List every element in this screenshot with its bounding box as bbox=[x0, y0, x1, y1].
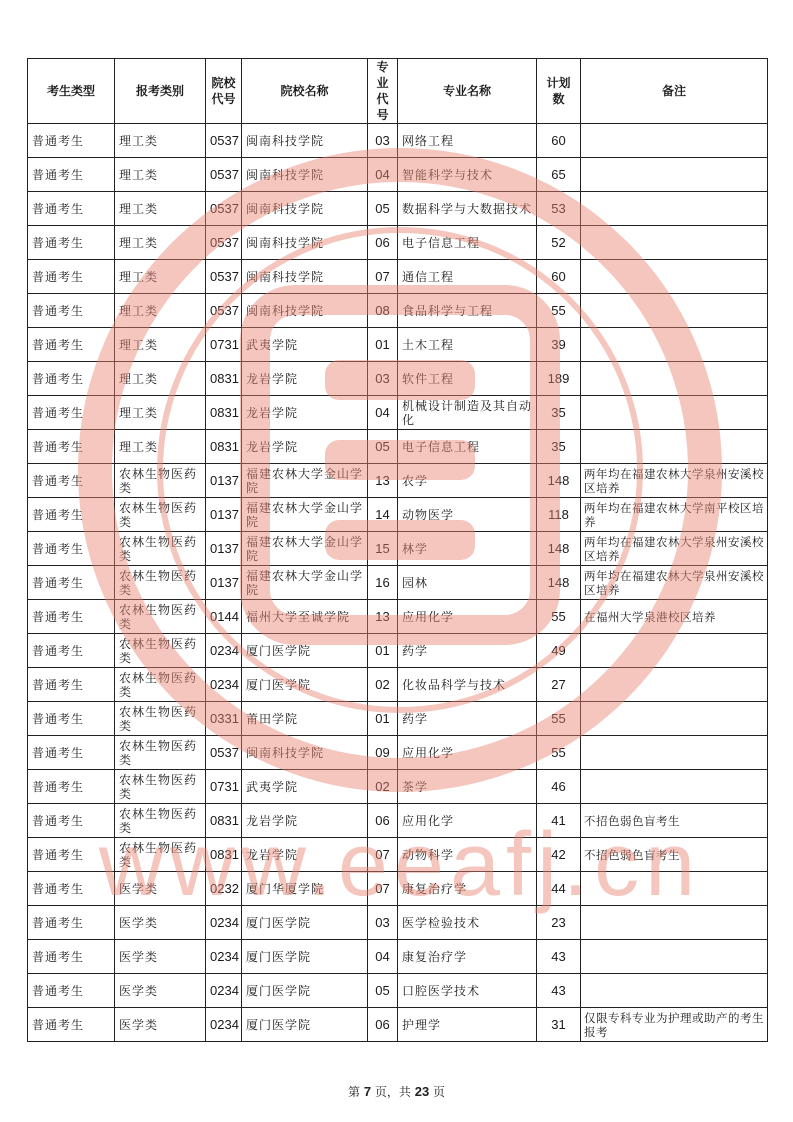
school-code-cell: 0537 bbox=[206, 192, 242, 226]
table-row: 普通考生农林生物医药类0831龙岩学院06应用化学41不招色弱色盲考生 bbox=[28, 804, 768, 838]
footer-middle: 页，共 bbox=[375, 1085, 411, 1099]
school-name-cell: 闽南科技学院 bbox=[242, 158, 368, 192]
candidate-type-cell: 普通考生 bbox=[28, 532, 115, 566]
application-category-cell: 农林生物医药类 bbox=[115, 464, 206, 498]
school-name-cell: 福建农林大学金山学院 bbox=[242, 464, 368, 498]
major-name-cell: 软件工程 bbox=[398, 362, 537, 396]
plan-count-cell: 65 bbox=[537, 158, 581, 192]
major-name-cell: 应用化学 bbox=[398, 736, 537, 770]
plan-count-cell: 44 bbox=[537, 872, 581, 906]
major-name-cell: 药学 bbox=[398, 634, 537, 668]
school-name-cell: 闽南科技学院 bbox=[242, 294, 368, 328]
application-category-cell: 理工类 bbox=[115, 396, 206, 430]
table-row: 普通考生理工类0537闽南科技学院05数据科学与大数据技术53 bbox=[28, 192, 768, 226]
table-row: 普通考生理工类0831龙岩学院03软件工程189 bbox=[28, 362, 768, 396]
remarks-cell bbox=[581, 872, 768, 906]
remarks-cell bbox=[581, 294, 768, 328]
school-code-cell: 0731 bbox=[206, 770, 242, 804]
remarks-cell bbox=[581, 634, 768, 668]
plan-count-cell: 49 bbox=[537, 634, 581, 668]
candidate-type-cell: 普通考生 bbox=[28, 940, 115, 974]
application-category-cell: 理工类 bbox=[115, 226, 206, 260]
major-name-cell: 农学 bbox=[398, 464, 537, 498]
candidate-type-cell: 普通考生 bbox=[28, 498, 115, 532]
plan-count-cell: 43 bbox=[537, 940, 581, 974]
plan-count-cell: 46 bbox=[537, 770, 581, 804]
footer-prefix: 第 bbox=[348, 1085, 360, 1099]
table-row: 普通考生农林生物医药类0731武夷学院02茶学46 bbox=[28, 770, 768, 804]
school-name-cell: 莆田学院 bbox=[242, 702, 368, 736]
school-code-cell: 0234 bbox=[206, 1008, 242, 1042]
application-category-cell: 农林生物医药类 bbox=[115, 702, 206, 736]
application-category-cell: 农林生物医药类 bbox=[115, 498, 206, 532]
major-code-cell: 01 bbox=[368, 328, 398, 362]
remarks-cell bbox=[581, 124, 768, 158]
table-row: 普通考生理工类0537闽南科技学院07通信工程60 bbox=[28, 260, 768, 294]
major-name-cell: 动物科学 bbox=[398, 838, 537, 872]
major-name-cell: 园林 bbox=[398, 566, 537, 600]
candidate-type-cell: 普通考生 bbox=[28, 736, 115, 770]
remarks-cell bbox=[581, 940, 768, 974]
table-header-row: 考生类型报考类别院校代号院校名称专业代号专业名称计划数备注 bbox=[28, 59, 768, 124]
candidate-type-cell: 普通考生 bbox=[28, 328, 115, 362]
remarks-cell: 不招色弱色盲考生 bbox=[581, 804, 768, 838]
application-category-cell: 农林生物医药类 bbox=[115, 838, 206, 872]
plan-count-cell: 60 bbox=[537, 124, 581, 158]
table-row: 普通考生理工类0537闽南科技学院04智能科学与技术65 bbox=[28, 158, 768, 192]
school-code-cell: 0234 bbox=[206, 940, 242, 974]
major-code-cell: 05 bbox=[368, 430, 398, 464]
table-row: 普通考生农林生物医药类0137福建农林大学金山学院13农学148两年均在福建农林… bbox=[28, 464, 768, 498]
candidate-type-cell: 普通考生 bbox=[28, 1008, 115, 1042]
school-name-cell: 龙岩学院 bbox=[242, 804, 368, 838]
col-application-category-header: 报考类别 bbox=[115, 59, 206, 124]
table-row: 普通考生理工类0537闽南科技学院03网络工程60 bbox=[28, 124, 768, 158]
major-name-cell: 食品科学与工程 bbox=[398, 294, 537, 328]
school-code-cell: 0137 bbox=[206, 566, 242, 600]
candidate-type-cell: 普通考生 bbox=[28, 804, 115, 838]
candidate-type-cell: 普通考生 bbox=[28, 906, 115, 940]
application-category-cell: 理工类 bbox=[115, 430, 206, 464]
major-name-cell: 林学 bbox=[398, 532, 537, 566]
major-code-cell: 07 bbox=[368, 872, 398, 906]
candidate-type-cell: 普通考生 bbox=[28, 158, 115, 192]
table-body: 普通考生理工类0537闽南科技学院03网络工程60普通考生理工类0537闽南科技… bbox=[28, 124, 768, 1042]
application-category-cell: 医学类 bbox=[115, 872, 206, 906]
major-code-cell: 03 bbox=[368, 362, 398, 396]
table-row: 普通考生医学类0234厦门医学院04康复治疗学43 bbox=[28, 940, 768, 974]
major-code-cell: 15 bbox=[368, 532, 398, 566]
col-school-code-header: 院校代号 bbox=[206, 59, 242, 124]
school-code-cell: 0537 bbox=[206, 124, 242, 158]
application-category-cell: 农林生物医药类 bbox=[115, 600, 206, 634]
major-code-cell: 07 bbox=[368, 260, 398, 294]
major-code-cell: 06 bbox=[368, 226, 398, 260]
remarks-cell bbox=[581, 736, 768, 770]
table-row: 普通考生农林生物医药类0137福建农林大学金山学院16园林148两年均在福建农林… bbox=[28, 566, 768, 600]
major-code-cell: 04 bbox=[368, 158, 398, 192]
remarks-cell bbox=[581, 974, 768, 1008]
application-category-cell: 农林生物医药类 bbox=[115, 532, 206, 566]
major-code-cell: 06 bbox=[368, 804, 398, 838]
enrollment-plan-sheet: 考生类型报考类别院校代号院校名称专业代号专业名称计划数备注 普通考生理工类053… bbox=[27, 58, 767, 1042]
major-code-cell: 02 bbox=[368, 770, 398, 804]
major-name-cell: 药学 bbox=[398, 702, 537, 736]
application-category-cell: 农林生物医药类 bbox=[115, 736, 206, 770]
table-row: 普通考生农林生物医药类0331莆田学院01药学55 bbox=[28, 702, 768, 736]
table-row: 普通考生医学类0234厦门医学院03医学检验技术23 bbox=[28, 906, 768, 940]
major-name-cell: 康复治疗学 bbox=[398, 940, 537, 974]
major-name-cell: 应用化学 bbox=[398, 804, 537, 838]
plan-count-cell: 35 bbox=[537, 430, 581, 464]
application-category-cell: 农林生物医药类 bbox=[115, 634, 206, 668]
table-row: 普通考生农林生物医药类0144福州大学至诚学院13应用化学55在福州大学泉港校区… bbox=[28, 600, 768, 634]
plan-count-cell: 52 bbox=[537, 226, 581, 260]
remarks-cell: 仅限专科专业为护理或助产的考生报考 bbox=[581, 1008, 768, 1042]
major-code-cell: 16 bbox=[368, 566, 398, 600]
application-category-cell: 医学类 bbox=[115, 906, 206, 940]
col-major-name-header: 专业名称 bbox=[398, 59, 537, 124]
school-code-cell: 0137 bbox=[206, 464, 242, 498]
major-name-cell: 动物医学 bbox=[398, 498, 537, 532]
remarks-cell: 两年均在福建农林大学泉州安溪校区培养 bbox=[581, 532, 768, 566]
major-code-cell: 05 bbox=[368, 974, 398, 1008]
table-row: 普通考生理工类0831龙岩学院05电子信息工程35 bbox=[28, 430, 768, 464]
plan-count-cell: 42 bbox=[537, 838, 581, 872]
page-footer: 第 7 页，共 23 页 bbox=[0, 1083, 793, 1100]
total-page-count: 23 bbox=[415, 1084, 429, 1099]
candidate-type-cell: 普通考生 bbox=[28, 226, 115, 260]
remarks-cell bbox=[581, 158, 768, 192]
table-row: 普通考生农林生物医药类0234厦门医学院02化妆品科学与技术27 bbox=[28, 668, 768, 702]
school-name-cell: 福州大学至诚学院 bbox=[242, 600, 368, 634]
candidate-type-cell: 普通考生 bbox=[28, 430, 115, 464]
application-category-cell: 理工类 bbox=[115, 124, 206, 158]
candidate-type-cell: 普通考生 bbox=[28, 260, 115, 294]
major-code-cell: 06 bbox=[368, 1008, 398, 1042]
school-name-cell: 闽南科技学院 bbox=[242, 260, 368, 294]
major-name-cell: 口腔医学技术 bbox=[398, 974, 537, 1008]
school-code-cell: 0831 bbox=[206, 838, 242, 872]
candidate-type-cell: 普通考生 bbox=[28, 124, 115, 158]
remarks-cell bbox=[581, 770, 768, 804]
plan-count-cell: 118 bbox=[537, 498, 581, 532]
major-code-cell: 08 bbox=[368, 294, 398, 328]
major-name-cell: 网络工程 bbox=[398, 124, 537, 158]
application-category-cell: 农林生物医药类 bbox=[115, 566, 206, 600]
remarks-cell bbox=[581, 328, 768, 362]
remarks-cell: 两年均在福建农林大学泉州安溪校区培养 bbox=[581, 464, 768, 498]
school-code-cell: 0234 bbox=[206, 974, 242, 1008]
remarks-cell bbox=[581, 702, 768, 736]
application-category-cell: 理工类 bbox=[115, 294, 206, 328]
plan-count-cell: 31 bbox=[537, 1008, 581, 1042]
school-code-cell: 0234 bbox=[206, 906, 242, 940]
school-code-cell: 0831 bbox=[206, 396, 242, 430]
school-code-cell: 0234 bbox=[206, 668, 242, 702]
plan-count-cell: 60 bbox=[537, 260, 581, 294]
major-code-cell: 01 bbox=[368, 634, 398, 668]
plan-count-cell: 55 bbox=[537, 736, 581, 770]
candidate-type-cell: 普通考生 bbox=[28, 464, 115, 498]
remarks-cell bbox=[581, 192, 768, 226]
major-code-cell: 01 bbox=[368, 702, 398, 736]
plan-count-cell: 148 bbox=[537, 464, 581, 498]
plan-count-cell: 39 bbox=[537, 328, 581, 362]
school-name-cell: 武夷学院 bbox=[242, 328, 368, 362]
major-name-cell: 电子信息工程 bbox=[398, 226, 537, 260]
major-name-cell: 机械设计制造及其自动化 bbox=[398, 396, 537, 430]
remarks-cell bbox=[581, 396, 768, 430]
plan-count-cell: 43 bbox=[537, 974, 581, 1008]
school-code-cell: 0537 bbox=[206, 226, 242, 260]
remarks-cell bbox=[581, 226, 768, 260]
footer-suffix: 页 bbox=[433, 1085, 445, 1099]
school-name-cell: 龙岩学院 bbox=[242, 838, 368, 872]
school-code-cell: 0731 bbox=[206, 328, 242, 362]
plan-count-cell: 55 bbox=[537, 600, 581, 634]
school-name-cell: 厦门华厦学院 bbox=[242, 872, 368, 906]
school-name-cell: 闽南科技学院 bbox=[242, 736, 368, 770]
application-category-cell: 医学类 bbox=[115, 1008, 206, 1042]
table-row: 普通考生医学类0234厦门医学院06护理学31仅限专科专业为护理或助产的考生报考 bbox=[28, 1008, 768, 1042]
school-name-cell: 闽南科技学院 bbox=[242, 226, 368, 260]
remarks-cell bbox=[581, 668, 768, 702]
school-code-cell: 0537 bbox=[206, 736, 242, 770]
major-code-cell: 03 bbox=[368, 906, 398, 940]
major-name-cell: 康复治疗学 bbox=[398, 872, 537, 906]
school-code-cell: 0537 bbox=[206, 294, 242, 328]
school-name-cell: 福建农林大学金山学院 bbox=[242, 532, 368, 566]
remarks-cell bbox=[581, 260, 768, 294]
plan-count-cell: 55 bbox=[537, 702, 581, 736]
candidate-type-cell: 普通考生 bbox=[28, 770, 115, 804]
candidate-type-cell: 普通考生 bbox=[28, 294, 115, 328]
school-name-cell: 厦门医学院 bbox=[242, 974, 368, 1008]
plan-count-cell: 23 bbox=[537, 906, 581, 940]
major-code-cell: 13 bbox=[368, 600, 398, 634]
remarks-cell: 在福州大学泉港校区培养 bbox=[581, 600, 768, 634]
school-name-cell: 福建农林大学金山学院 bbox=[242, 498, 368, 532]
table-row: 普通考生农林生物医药类0234厦门医学院01药学49 bbox=[28, 634, 768, 668]
candidate-type-cell: 普通考生 bbox=[28, 192, 115, 226]
table-row: 普通考生医学类0232厦门华厦学院07康复治疗学44 bbox=[28, 872, 768, 906]
plan-count-cell: 35 bbox=[537, 396, 581, 430]
candidate-type-cell: 普通考生 bbox=[28, 838, 115, 872]
table-row: 普通考生农林生物医药类0537闽南科技学院09应用化学55 bbox=[28, 736, 768, 770]
school-name-cell: 闽南科技学院 bbox=[242, 124, 368, 158]
candidate-type-cell: 普通考生 bbox=[28, 600, 115, 634]
col-major-code-header: 专业代号 bbox=[368, 59, 398, 124]
application-category-cell: 理工类 bbox=[115, 260, 206, 294]
candidate-type-cell: 普通考生 bbox=[28, 634, 115, 668]
school-name-cell: 龙岩学院 bbox=[242, 396, 368, 430]
table-row: 普通考生农林生物医药类0137福建农林大学金山学院14动物医学118两年均在福建… bbox=[28, 498, 768, 532]
table-row: 普通考生理工类0537闽南科技学院06电子信息工程52 bbox=[28, 226, 768, 260]
school-code-cell: 0831 bbox=[206, 430, 242, 464]
remarks-cell: 两年均在福建农林大学泉州安溪校区培养 bbox=[581, 566, 768, 600]
remarks-cell: 两年均在福建农林大学南平校区培养 bbox=[581, 498, 768, 532]
major-name-cell: 电子信息工程 bbox=[398, 430, 537, 464]
application-category-cell: 理工类 bbox=[115, 192, 206, 226]
school-name-cell: 武夷学院 bbox=[242, 770, 368, 804]
table-row: 普通考生农林生物医药类0831龙岩学院07动物科学42不招色弱色盲考生 bbox=[28, 838, 768, 872]
school-name-cell: 龙岩学院 bbox=[242, 362, 368, 396]
school-name-cell: 龙岩学院 bbox=[242, 430, 368, 464]
remarks-cell bbox=[581, 430, 768, 464]
school-code-cell: 0831 bbox=[206, 362, 242, 396]
candidate-type-cell: 普通考生 bbox=[28, 702, 115, 736]
table-row: 普通考生理工类0831龙岩学院04机械设计制造及其自动化35 bbox=[28, 396, 768, 430]
application-category-cell: 农林生物医药类 bbox=[115, 668, 206, 702]
major-code-cell: 04 bbox=[368, 396, 398, 430]
major-name-cell: 土木工程 bbox=[398, 328, 537, 362]
col-school-name-header: 院校名称 bbox=[242, 59, 368, 124]
major-code-cell: 14 bbox=[368, 498, 398, 532]
candidate-type-cell: 普通考生 bbox=[28, 974, 115, 1008]
major-name-cell: 通信工程 bbox=[398, 260, 537, 294]
school-code-cell: 0537 bbox=[206, 158, 242, 192]
school-name-cell: 厦门医学院 bbox=[242, 1008, 368, 1042]
remarks-cell: 不招色弱色盲考生 bbox=[581, 838, 768, 872]
plan-count-cell: 53 bbox=[537, 192, 581, 226]
school-name-cell: 厦门医学院 bbox=[242, 668, 368, 702]
major-code-cell: 03 bbox=[368, 124, 398, 158]
current-page-number: 7 bbox=[364, 1084, 371, 1099]
application-category-cell: 理工类 bbox=[115, 362, 206, 396]
school-code-cell: 0137 bbox=[206, 532, 242, 566]
candidate-type-cell: 普通考生 bbox=[28, 396, 115, 430]
plan-count-cell: 148 bbox=[537, 566, 581, 600]
school-code-cell: 0144 bbox=[206, 600, 242, 634]
candidate-type-cell: 普通考生 bbox=[28, 566, 115, 600]
plan-count-cell: 189 bbox=[537, 362, 581, 396]
application-category-cell: 农林生物医药类 bbox=[115, 804, 206, 838]
candidate-type-cell: 普通考生 bbox=[28, 872, 115, 906]
school-code-cell: 0537 bbox=[206, 260, 242, 294]
school-name-cell: 厦门医学院 bbox=[242, 940, 368, 974]
candidate-type-cell: 普通考生 bbox=[28, 362, 115, 396]
major-code-cell: 05 bbox=[368, 192, 398, 226]
plan-count-cell: 55 bbox=[537, 294, 581, 328]
application-category-cell: 医学类 bbox=[115, 974, 206, 1008]
remarks-cell bbox=[581, 362, 768, 396]
major-name-cell: 化妆品科学与技术 bbox=[398, 668, 537, 702]
school-code-cell: 0234 bbox=[206, 634, 242, 668]
school-code-cell: 0137 bbox=[206, 498, 242, 532]
table-row: 普通考生理工类0731武夷学院01土木工程39 bbox=[28, 328, 768, 362]
col-candidate-type-header: 考生类型 bbox=[28, 59, 115, 124]
major-code-cell: 07 bbox=[368, 838, 398, 872]
school-code-cell: 0232 bbox=[206, 872, 242, 906]
major-name-cell: 数据科学与大数据技术 bbox=[398, 192, 537, 226]
school-name-cell: 闽南科技学院 bbox=[242, 192, 368, 226]
enrollment-plan-table: 考生类型报考类别院校代号院校名称专业代号专业名称计划数备注 普通考生理工类053… bbox=[27, 58, 768, 1042]
plan-count-cell: 27 bbox=[537, 668, 581, 702]
table-row: 普通考生农林生物医药类0137福建农林大学金山学院15林学148两年均在福建农林… bbox=[28, 532, 768, 566]
school-name-cell: 厦门医学院 bbox=[242, 634, 368, 668]
remarks-cell bbox=[581, 906, 768, 940]
col-plan-count-header: 计划数 bbox=[537, 59, 581, 124]
major-name-cell: 护理学 bbox=[398, 1008, 537, 1042]
table-row: 普通考生医学类0234厦门医学院05口腔医学技术43 bbox=[28, 974, 768, 1008]
school-code-cell: 0831 bbox=[206, 804, 242, 838]
candidate-type-cell: 普通考生 bbox=[28, 668, 115, 702]
major-name-cell: 应用化学 bbox=[398, 600, 537, 634]
major-code-cell: 09 bbox=[368, 736, 398, 770]
plan-count-cell: 41 bbox=[537, 804, 581, 838]
application-category-cell: 理工类 bbox=[115, 158, 206, 192]
table-row: 普通考生理工类0537闽南科技学院08食品科学与工程55 bbox=[28, 294, 768, 328]
major-code-cell: 13 bbox=[368, 464, 398, 498]
major-name-cell: 智能科学与技术 bbox=[398, 158, 537, 192]
school-code-cell: 0331 bbox=[206, 702, 242, 736]
major-code-cell: 02 bbox=[368, 668, 398, 702]
col-remarks-header: 备注 bbox=[581, 59, 768, 124]
application-category-cell: 农林生物医药类 bbox=[115, 770, 206, 804]
application-category-cell: 医学类 bbox=[115, 940, 206, 974]
school-name-cell: 福建农林大学金山学院 bbox=[242, 566, 368, 600]
major-name-cell: 茶学 bbox=[398, 770, 537, 804]
school-name-cell: 厦门医学院 bbox=[242, 906, 368, 940]
plan-count-cell: 148 bbox=[537, 532, 581, 566]
major-name-cell: 医学检验技术 bbox=[398, 906, 537, 940]
application-category-cell: 理工类 bbox=[115, 328, 206, 362]
major-code-cell: 04 bbox=[368, 940, 398, 974]
